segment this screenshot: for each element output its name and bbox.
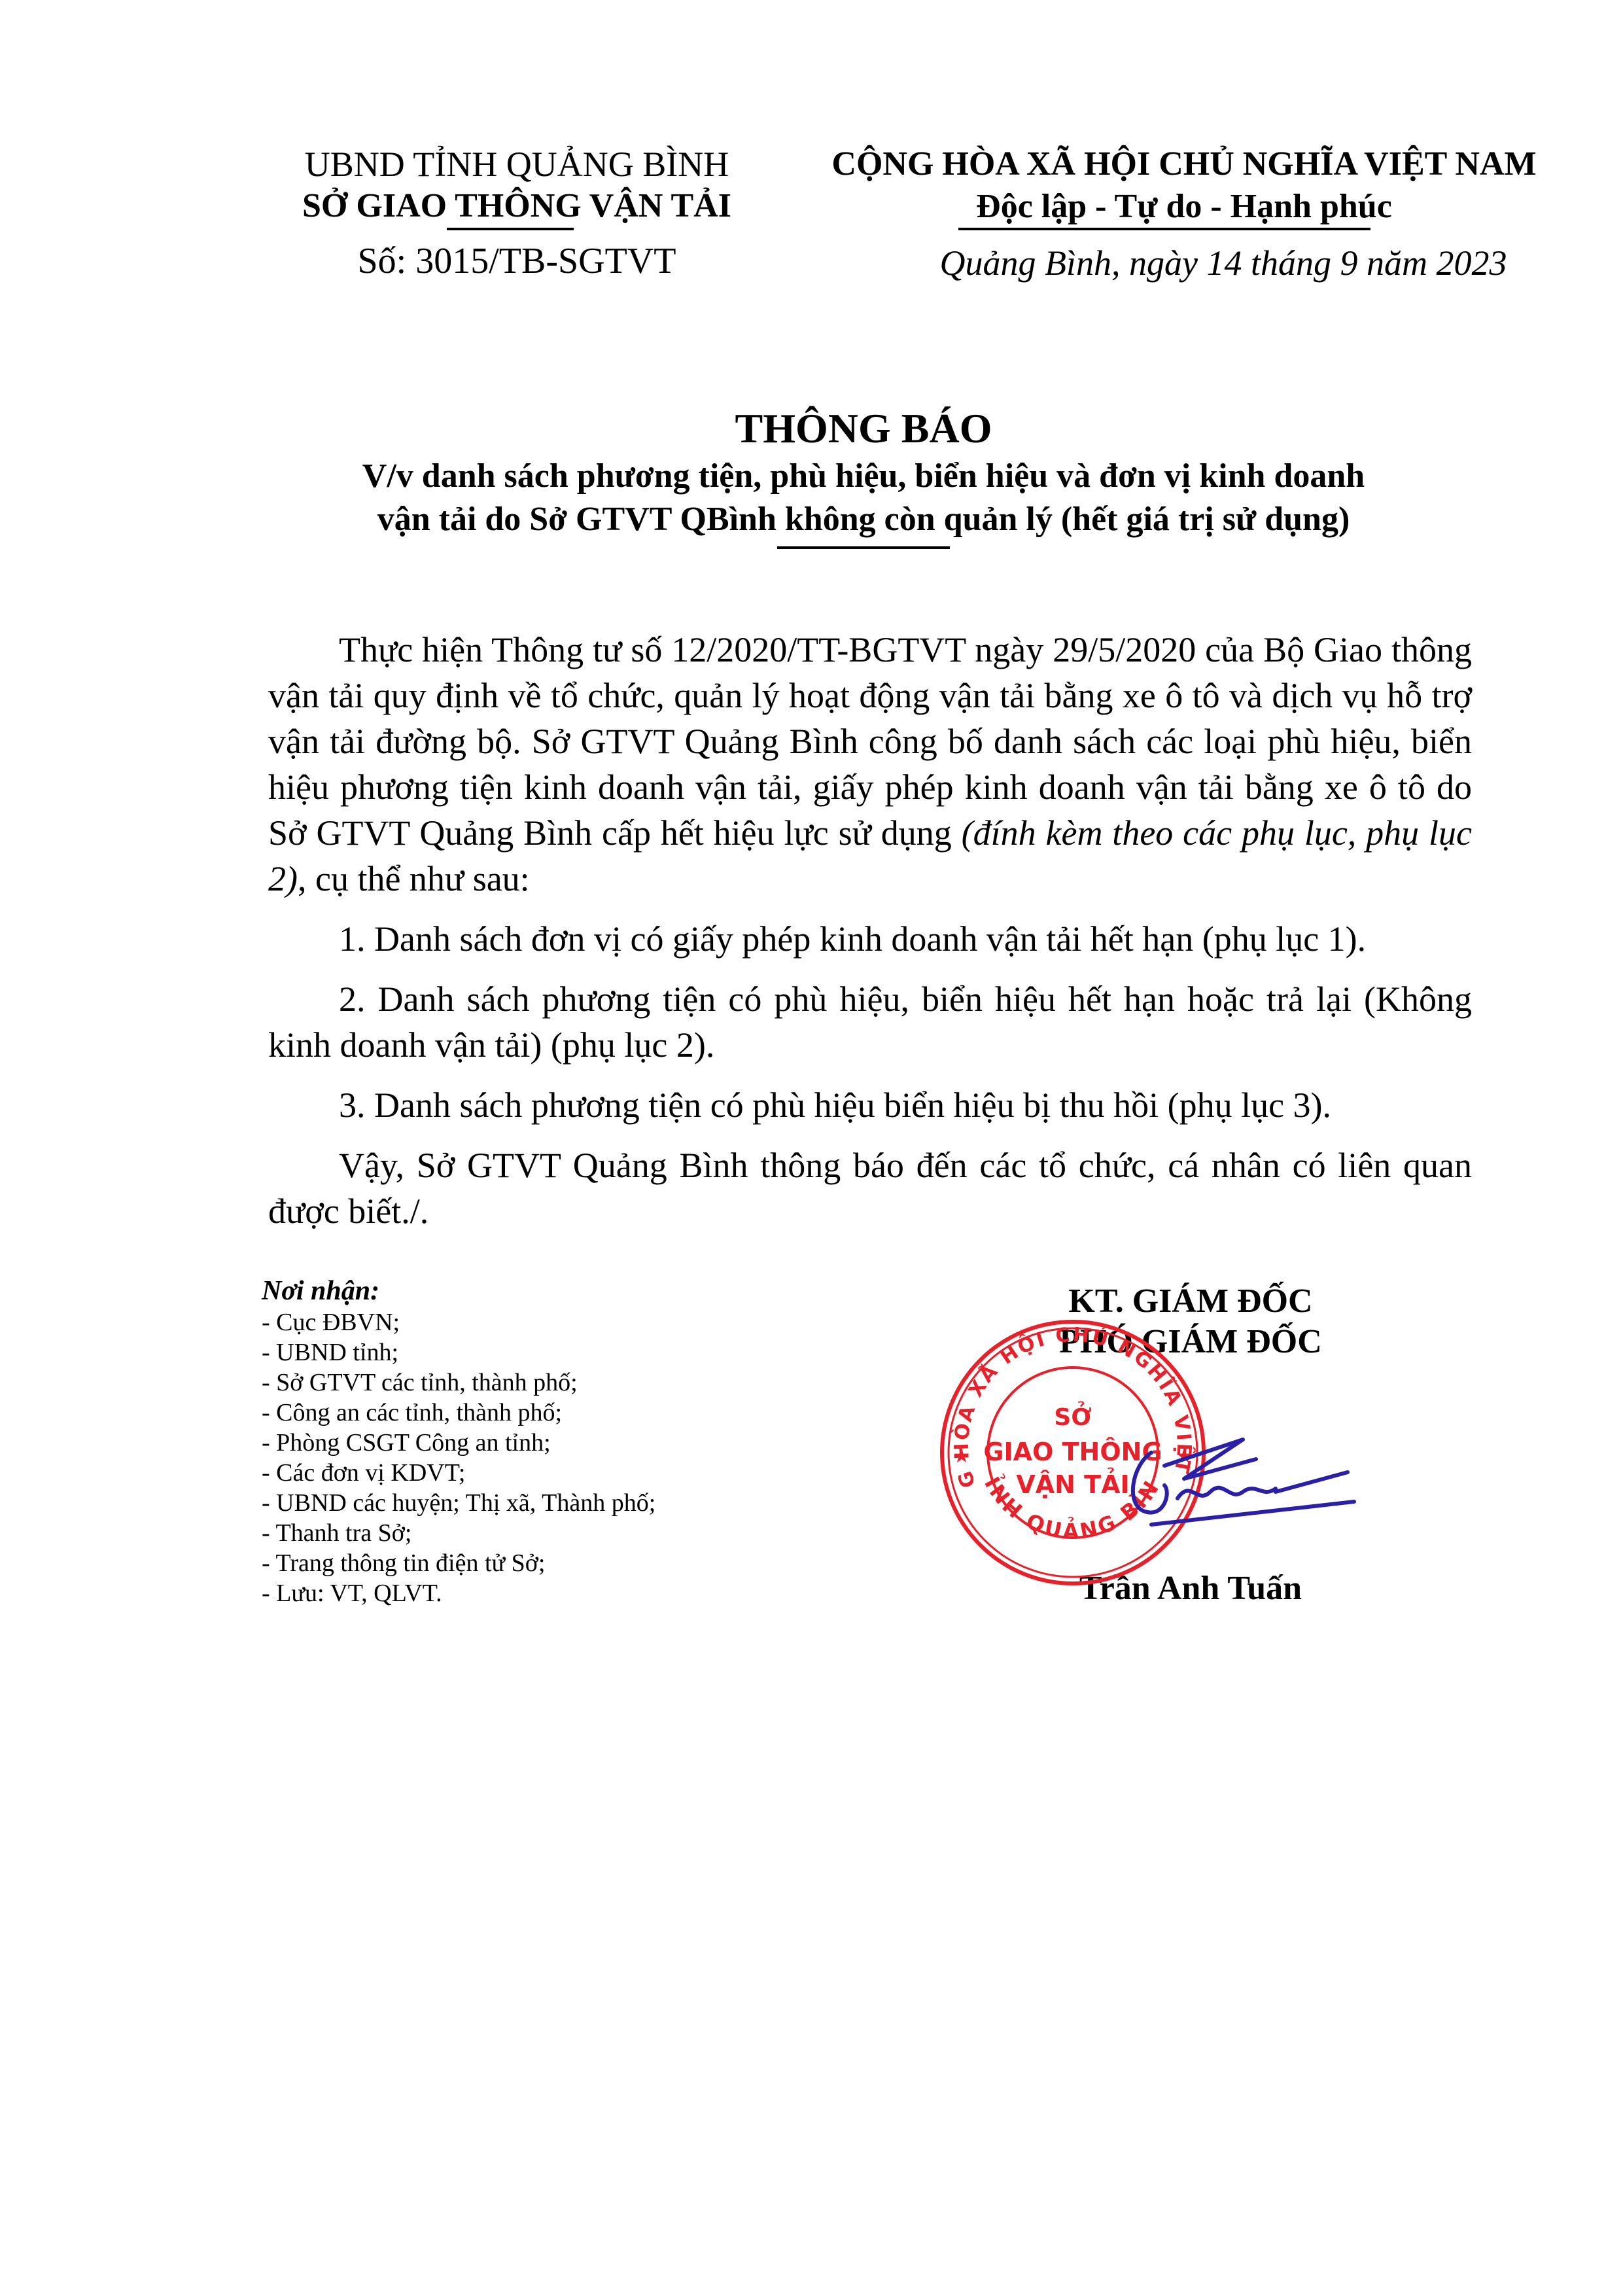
recipients-list: Nơi nhận: - Cục ĐBVN; - UBND tỉnh; - Sở … xyxy=(262,1275,850,1608)
handwritten-signature-icon xyxy=(1125,1426,1361,1538)
recipient-item: - Các đơn vị KDVT; xyxy=(262,1458,850,1488)
issuing-authority-header: UBND TỈNH QUẢNG BÌNH SỞ GIAO THÔNG VẬN T… xyxy=(262,143,772,284)
recipient-item: - UBND tỉnh; xyxy=(262,1337,850,1368)
closing-paragraph: Vậy, Sở GTVT Quảng Bình thông báo đến cá… xyxy=(268,1142,1472,1234)
notice-body: Thực hiện Thông tư số 12/2020/TT-BGTVT n… xyxy=(268,627,1472,1234)
svg-text:★: ★ xyxy=(953,1445,971,1468)
national-header: CỘNG HÒA XÃ HỘI CHỦ NGHĨA VIỆT NAM Độc l… xyxy=(798,143,1570,287)
recipient-item: - Công an các tỉnh, thành phố; xyxy=(262,1398,850,1428)
place-date: Quảng Bình, ngày 14 tháng 9 năm 2023 xyxy=(837,239,1609,287)
recipient-item: - Sở GTVT các tỉnh, thành phố; xyxy=(262,1368,850,1398)
list-item: 1. Danh sách đơn vị có giấy phép kinh do… xyxy=(268,916,1472,962)
recipient-item: - Phòng CSGT Công an tỉnh; xyxy=(262,1428,850,1458)
recipient-item: - Lưu: VT, QLVT. xyxy=(262,1578,850,1608)
national-motto: Độc lập - Tự do - Hạnh phúc xyxy=(798,186,1570,228)
intro-tail: , cụ thể như sau: xyxy=(298,859,530,898)
list-item: 3. Danh sách phương tiện có phù hiệu biể… xyxy=(268,1082,1472,1128)
notice-heading: THÔNG BÁO xyxy=(275,402,1452,455)
document-number: Số: 3015/TB-SGTVT xyxy=(262,238,772,284)
notice-subject-line-1: V/v danh sách phương tiện, phù hiệu, biể… xyxy=(275,455,1452,498)
recipient-item: - UBND các huyện; Thị xã, Thành phố; xyxy=(262,1488,850,1518)
recipient-item: - Thanh tra Sở; xyxy=(262,1518,850,1548)
intro-paragraph: Thực hiện Thông tư số 12/2020/TT-BGTVT n… xyxy=(268,627,1472,902)
svg-text:VẬN TẢI: VẬN TẢI xyxy=(1016,1468,1129,1499)
department-name: SỞ GIAO THÔNG VẬN TẢI xyxy=(262,186,772,226)
recipient-item: - Trang thông tin điện tử Sở; xyxy=(262,1548,850,1578)
header-left-underline xyxy=(447,228,574,230)
notice-title-block: THÔNG BÁO V/v danh sách phương tiện, phù… xyxy=(275,402,1452,549)
recipient-item: - Cục ĐBVN; xyxy=(262,1307,850,1337)
title-underline xyxy=(777,546,950,549)
motto-underline xyxy=(958,228,1370,230)
notice-subject-line-2: vận tải do Sở GTVT QBình không còn quản … xyxy=(275,498,1452,541)
authority-name: UBND TỈNH QUẢNG BÌNH xyxy=(262,143,772,186)
svg-text:SỞ: SỞ xyxy=(1054,1401,1091,1431)
national-title: CỘNG HÒA XÃ HỘI CHỦ NGHĨA VIỆT NAM xyxy=(798,143,1570,186)
recipients-heading: Nơi nhận: xyxy=(262,1275,850,1307)
list-item: 2. Danh sách phương tiện có phù hiệu, bi… xyxy=(268,976,1472,1068)
